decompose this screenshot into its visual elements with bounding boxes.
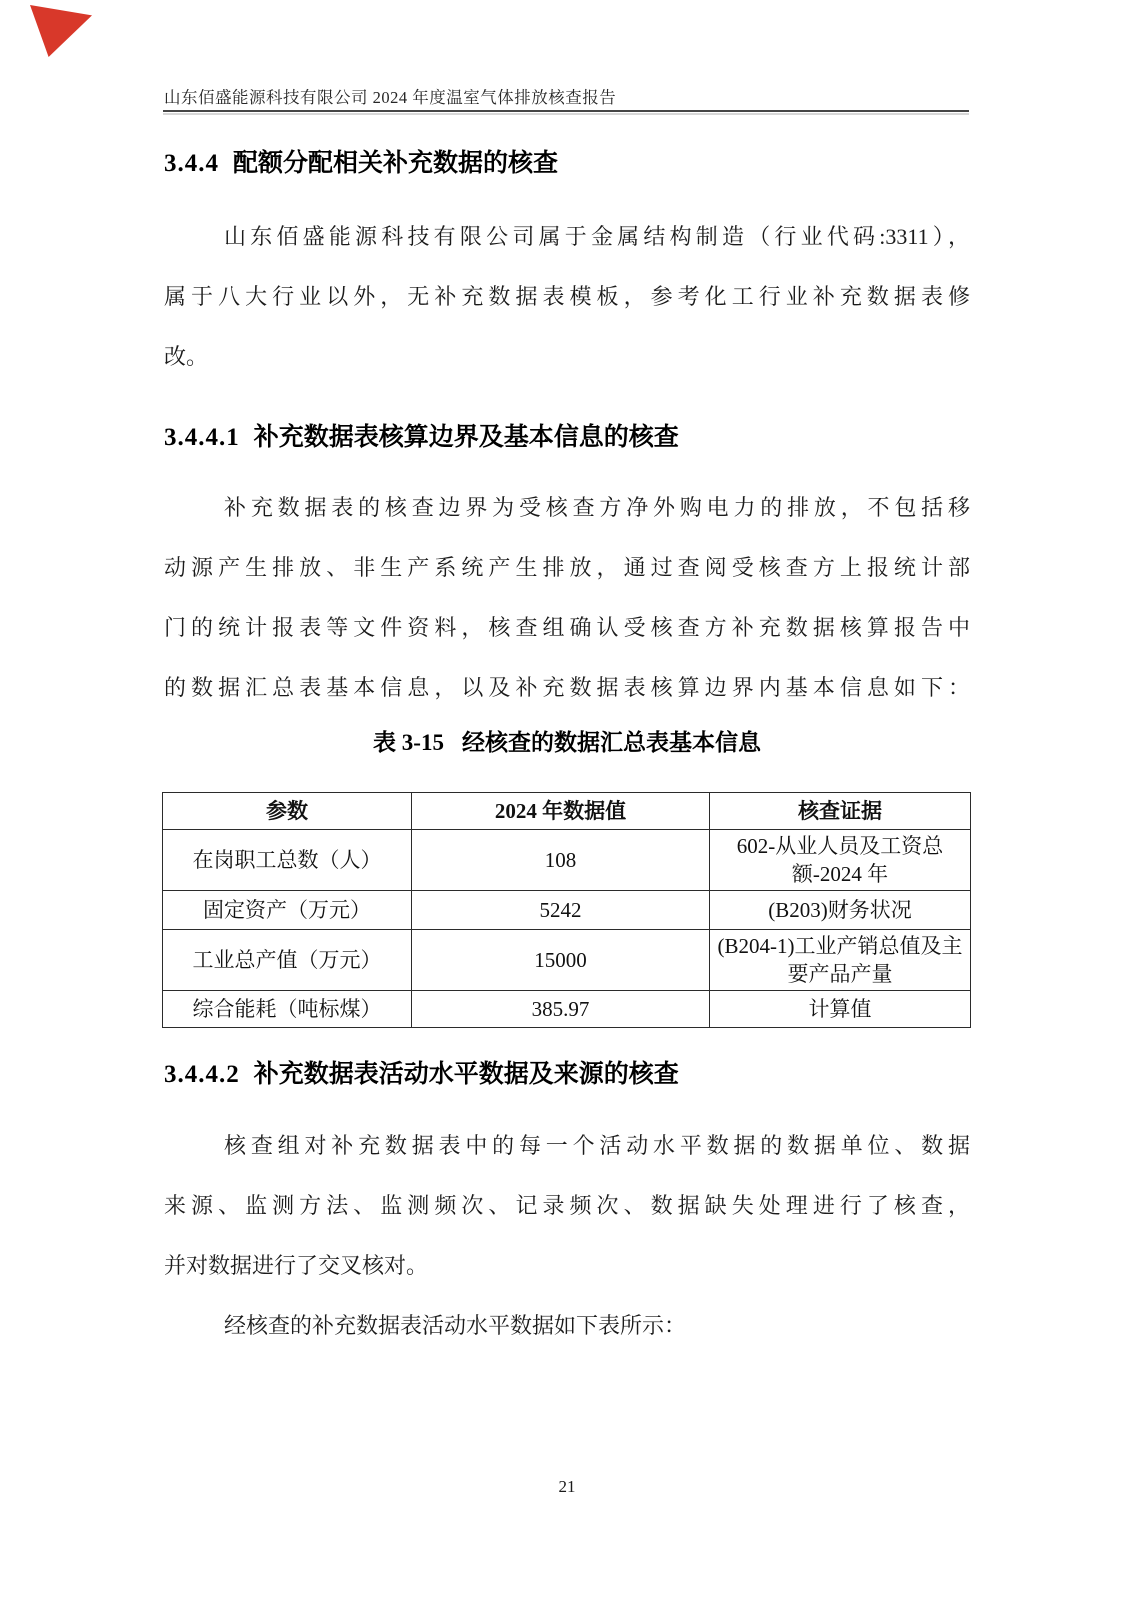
paragraph-3-4-4-2: 核查组对补充数据表中的每一个活动水平数据的数据单位、数据 来源、监测方法、监测频… [164,1116,970,1296]
section-heading-3-4-4: 3.4.4配额分配相关补充数据的核查 [164,143,970,179]
section-title: 配额分配相关补充数据的核查 [233,149,558,177]
section-title: 补充数据表活动水平数据及来源的核查 [254,1060,679,1088]
red-corner-ribbon-icon [30,5,92,57]
verified-summary-table: 参数 2024 年数据值 核查证据 在岗职工总数（人） 108 602-从业人员… [162,792,971,1028]
cell-evidence: 计算值 [710,991,971,1028]
page-header-title: 山东佰盛能源科技有限公司 2024 年度温室气体排放核查报告 [164,84,970,108]
section-heading-3-4-4-2: 3.4.4.2补充数据表活动水平数据及来源的核查 [164,1054,970,1090]
cell-value: 15000 [412,930,710,991]
section-title: 补充数据表核算边界及基本信息的核查 [254,423,679,451]
cell-value: 385.97 [412,991,710,1028]
paragraph-line: 山东佰盛能源科技有限公司属于金属结构制造（行业代码:3311）， [164,207,970,267]
cell-parameter: 工业总产值（万元） [163,930,412,991]
cell-parameter: 固定资产（万元） [163,891,412,930]
table-caption-number: 表 3-15 [373,730,444,755]
paragraph-line: 并对数据进行了交叉核对。 [164,1236,970,1296]
table-caption-title: 经核查的数据汇总表基本信息 [462,729,761,755]
cell-parameter: 综合能耗（吨标煤） [163,991,412,1028]
section-number: 3.4.4 [164,150,219,177]
paragraph-line: 来源、监测方法、监测频次、记录频次、数据缺失处理进行了核查， [164,1176,970,1236]
header-divider [163,110,969,112]
table-row: 固定资产（万元） 5242 (B203)财务状况 [163,891,971,930]
cell-parameter: 在岗职工总数（人） [163,830,412,891]
paragraph-line: 核查组对补充数据表中的每一个活动水平数据的数据单位、数据 [164,1116,970,1176]
table-row: 在岗职工总数（人） 108 602-从业人员及工资总额-2024 年 [163,830,971,891]
paragraph-line: 门的统计报表等文件资料，核查组确认受核查方补充数据核算报告中 [164,598,970,658]
paragraph-line: 改。 [164,327,970,387]
page-number: 21 [164,1477,970,1497]
column-header-2024-value: 2024 年数据值 [412,793,710,830]
table-header-row: 参数 2024 年数据值 核查证据 [163,793,971,830]
paragraph-line: 经核查的补充数据表活动水平数据如下表所示： [164,1296,970,1356]
cell-value: 108 [412,830,710,891]
paragraph-line: 补充数据表的核查边界为受核查方净外购电力的排放，不包括移 [164,478,970,538]
paragraph-line: 属于八大行业以外，无补充数据表模板，参考化工行业补充数据表修 [164,267,970,327]
table-row: 综合能耗（吨标煤） 385.97 计算值 [163,991,971,1028]
cell-evidence: (B204-1)工业产销总值及主要产品产量 [710,930,971,991]
cell-evidence: (B203)财务状况 [710,891,971,930]
paragraph-3-4-4: 山东佰盛能源科技有限公司属于金属结构制造（行业代码:3311）， 属于八大行业以… [164,207,970,387]
column-header-parameter: 参数 [163,793,412,830]
section-number: 3.4.4.2 [164,1061,240,1088]
section-heading-3-4-4-1: 3.4.4.1补充数据表核算边界及基本信息的核查 [164,417,970,453]
paragraph-line: 动源产生排放、非生产系统产生排放，通过查阅受核查方上报统计部 [164,538,970,598]
closing-paragraph: 经核查的补充数据表活动水平数据如下表所示： [164,1296,970,1356]
paragraph-line: 的数据汇总表基本信息，以及补充数据表核算边界内基本信息如下： [164,658,970,718]
table-caption: 表 3-15经核查的数据汇总表基本信息 [164,724,970,757]
section-number: 3.4.4.1 [164,424,240,451]
cell-evidence: 602-从业人员及工资总额-2024 年 [710,830,971,891]
paragraph-3-4-4-1: 补充数据表的核查边界为受核查方净外购电力的排放，不包括移 动源产生排放、非生产系… [164,478,970,718]
table-row: 工业总产值（万元） 15000 (B204-1)工业产销总值及主要产品产量 [163,930,971,991]
cell-value: 5242 [412,891,710,930]
document-page: 山东佰盛能源科技有限公司 2024 年度温室气体排放核查报告 3.4.4配额分配… [0,0,1132,1600]
column-header-evidence: 核查证据 [710,793,971,830]
